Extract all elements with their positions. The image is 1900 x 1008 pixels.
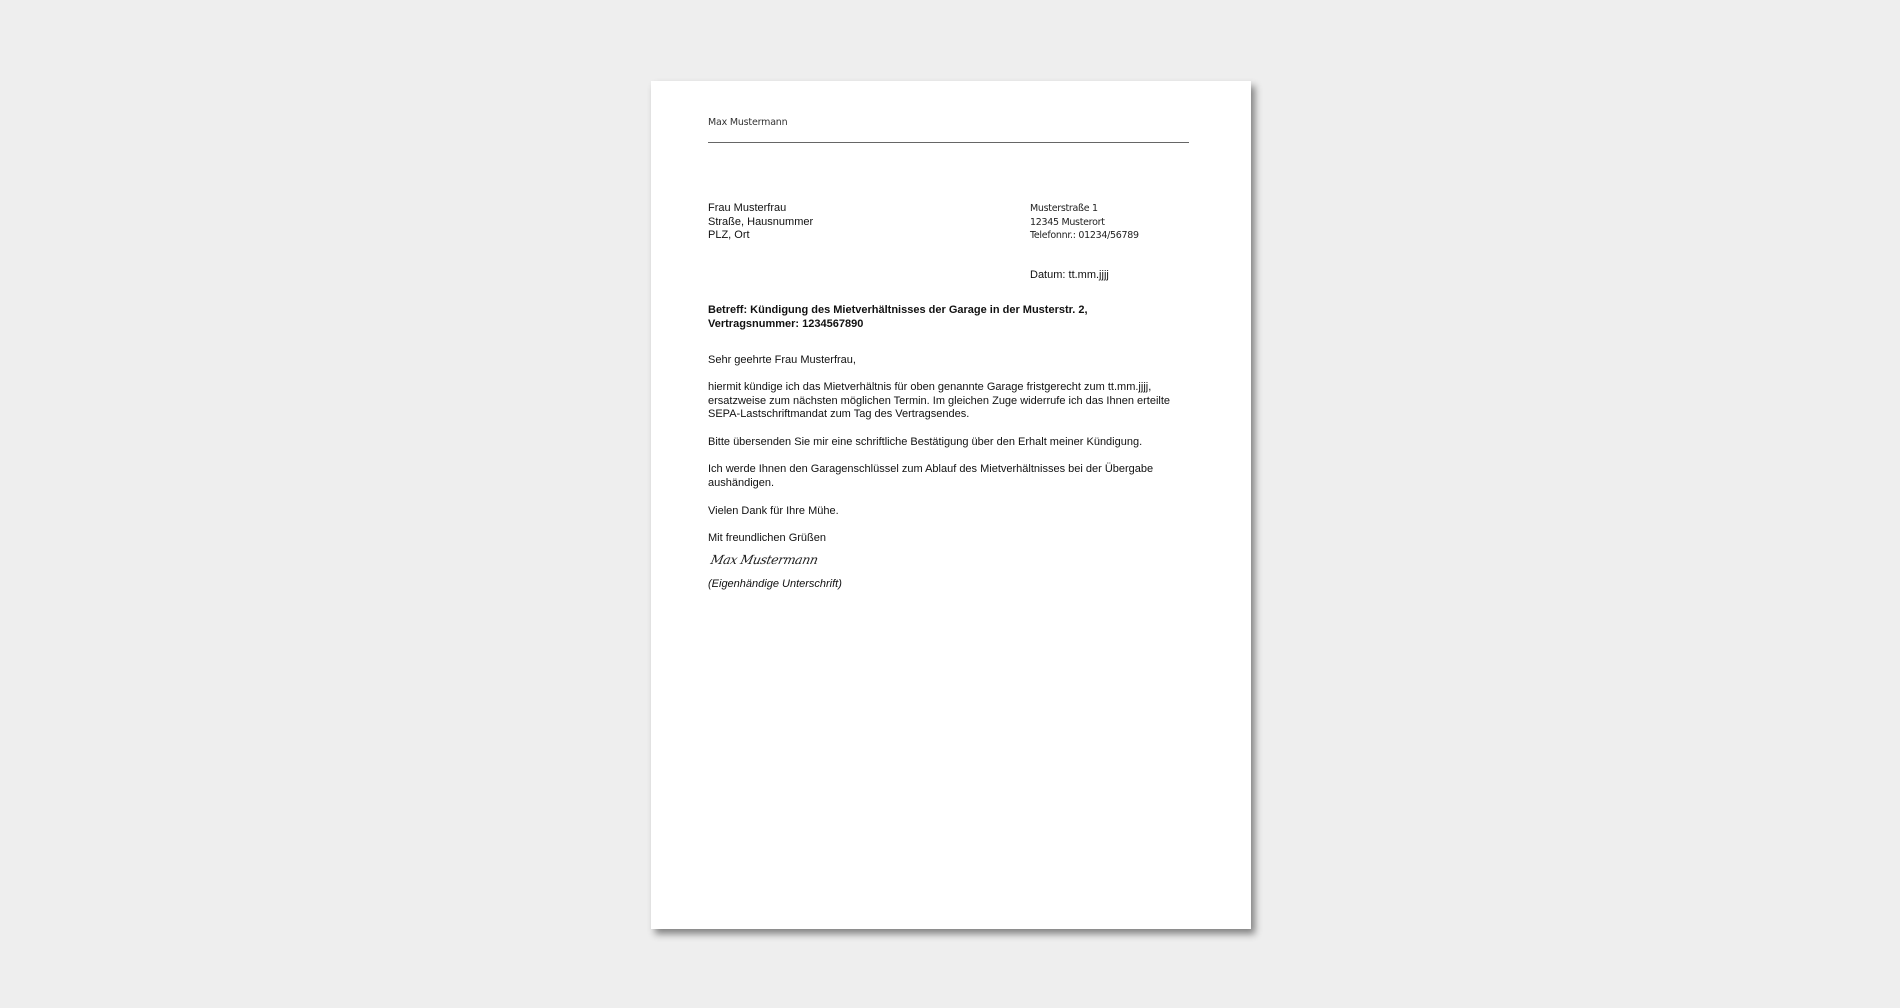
paragraph-line: hiermit kündige ich das Mietverhältnis f… <box>708 381 1170 395</box>
header-sender-name: Max Mustermann <box>708 117 787 128</box>
subject-text: Betreff: Kündigung des Mietverhältnisses… <box>708 304 1088 318</box>
paragraph-confirmation: Bitte übersenden Sie mir eine schriftlic… <box>708 436 1142 450</box>
subject-line: Betreff: Kündigung des Mietverhältnisses… <box>708 304 1088 331</box>
paragraph-termination: hiermit kündige ich das Mietverhältnis f… <box>708 381 1170 422</box>
closing: Mit freundlichen Grüßen <box>708 532 826 546</box>
paragraph-line: Ich werde Ihnen den Garagenschlüssel zum… <box>708 463 1153 477</box>
paragraph-key-handover: Ich werde Ihnen den Garagenschlüssel zum… <box>708 463 1153 490</box>
paragraph-thanks: Vielen Dank für Ihre Mühe. <box>708 505 839 519</box>
document-page: Max Mustermann Frau Musterfrau Straße, H… <box>651 81 1251 929</box>
paragraph-line: SEPA-Lastschriftmandat zum Tag des Vertr… <box>708 408 1170 422</box>
paragraph-line: aushändigen. <box>708 477 1153 491</box>
recipient-line: PLZ, Ort <box>708 229 813 243</box>
sender-line: 12345 Musterort <box>1030 216 1139 230</box>
recipient-address: Frau Musterfrau Straße, Hausnummer PLZ, … <box>708 202 813 243</box>
salutation: Sehr geehrte Frau Musterfrau, <box>708 354 856 368</box>
signature-note: (Eigenhändige Unterschrift) <box>708 578 842 592</box>
paragraph-line: Vielen Dank für Ihre Mühe. <box>708 505 839 519</box>
paragraph-line: ersatzweise zum nächsten möglichen Termi… <box>708 395 1170 409</box>
recipient-line: Straße, Hausnummer <box>708 216 813 230</box>
subject-text: Vertragsnummer: 1234567890 <box>708 318 1088 332</box>
handwritten-signature: Max Mustermann <box>709 552 819 567</box>
sender-line: Musterstraße 1 <box>1030 202 1139 216</box>
sender-address: Musterstraße 1 12345 Musterort Telefonnr… <box>1030 202 1139 243</box>
letter-date: Datum: tt.mm.jjjj <box>1030 269 1109 283</box>
header-divider <box>708 142 1189 143</box>
sender-line: Telefonnr.: 01234/56789 <box>1030 229 1139 243</box>
recipient-line: Frau Musterfrau <box>708 202 813 216</box>
paragraph-line: Bitte übersenden Sie mir eine schriftlic… <box>708 436 1142 450</box>
